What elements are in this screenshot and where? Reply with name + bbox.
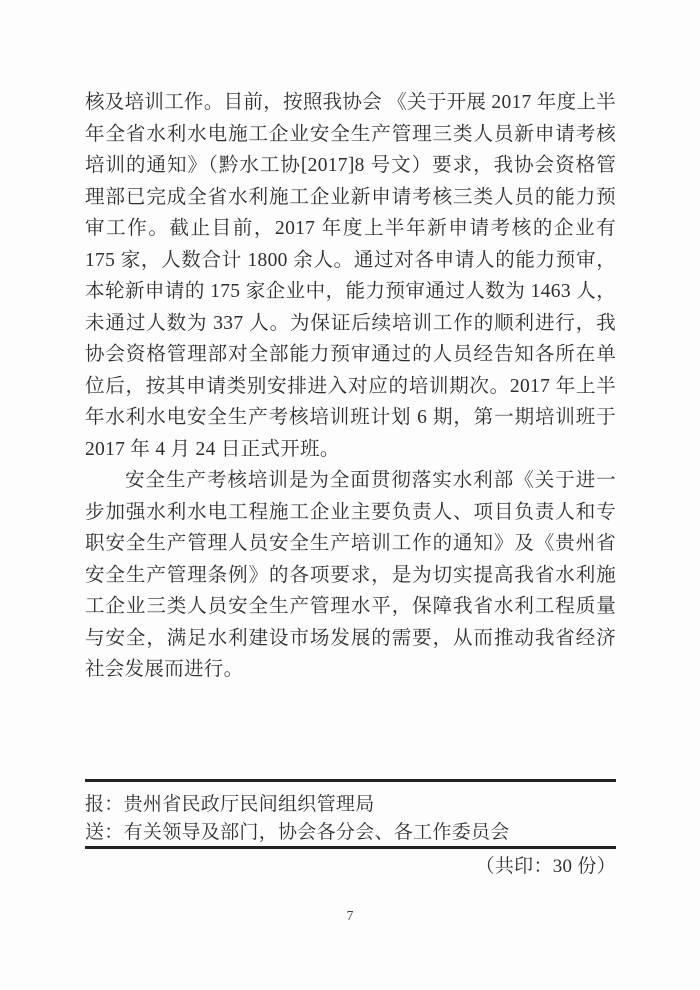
separator-line-top <box>85 779 616 782</box>
body-text: 核及培训工作。目前，按照我协会 《关于开展 2017 年度上半年全省水利水电施工… <box>85 87 616 686</box>
print-copies-note: （共印：30 份） <box>85 855 616 879</box>
paragraph-second: 安全生产考核培训是为全面贯彻落实水利部《关于进一步加强水利水电工程施工企业主要负… <box>85 465 616 686</box>
distribution-report-line: 报：贵州省民政厅民间组织管理局 <box>85 791 616 819</box>
document-page: 核及培训工作。目前，按照我协会 《关于开展 2017 年度上半年全省水利水电施工… <box>0 0 700 990</box>
separator-line-bottom <box>85 846 616 849</box>
distribution-block: 报：贵州省民政厅民间组织管理局 送：有关领导及部门，协会各分会、各工作委员会 <box>85 791 616 846</box>
paragraph-continuation: 核及培训工作。目前，按照我协会 《关于开展 2017 年度上半年全省水利水电施工… <box>85 87 616 465</box>
page-number: 7 <box>0 908 700 924</box>
distribution-send-line: 送：有关领导及部门，协会各分会、各工作委员会 <box>85 819 616 847</box>
